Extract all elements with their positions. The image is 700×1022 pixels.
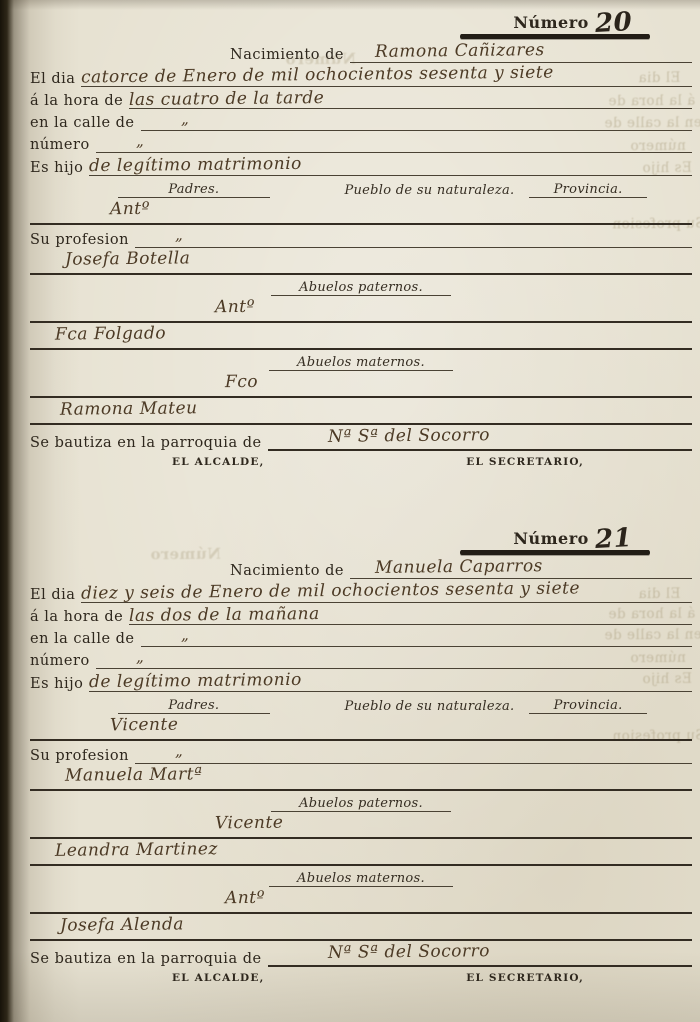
calle-blank: „ [141, 108, 692, 131]
hora-value: las dos de la mañana [129, 604, 320, 626]
parents-headers: Padres. Pueblo de su naturaleza. Provinc… [30, 692, 692, 714]
nacimiento-blank: Manuela Caparros [350, 554, 692, 579]
abuelo-materno-value: Antº [225, 888, 265, 908]
numero-casa-label: número [30, 653, 96, 669]
numero-row: Número 20 [30, 6, 692, 32]
alcalde-label: EL ALCALDE, [172, 456, 264, 468]
field-el-dia: El dia diez y seis de Enero de mil ochoc… [30, 579, 692, 603]
signatures-row: EL ALCALDE, EL SECRETARIO, [30, 451, 692, 480]
hora-value: las cuatro de la tarde [129, 88, 324, 110]
field-abuelo-paterno: Antº [30, 296, 692, 323]
abuela-paterna-value: Leandra Martinez [55, 839, 218, 861]
abuela-materna-value: Josefa Alenda [60, 914, 184, 935]
abuelos-maternos-header-row: Abuelos maternos. [30, 866, 692, 887]
field-profesion: Su profesion „ [30, 741, 692, 764]
padre-blank: Antº [30, 196, 692, 225]
el-dia-blank: catorce de Enero de mil ochocientos sese… [81, 62, 692, 87]
madre-value: Josefa Botella [65, 248, 190, 269]
field-madre: Josefa Botella [30, 248, 692, 275]
numero-casa-value: „ [136, 648, 144, 666]
madre-blank: Manuela Martª [30, 762, 692, 791]
padres-header-label: Padres. [168, 182, 219, 197]
birth-record-20: Número 20 Nacimiento de Ramona Cañizares… [30, 6, 692, 480]
field-padre: Antº [30, 198, 692, 225]
secretario-label: EL SECRETARIO, [466, 456, 584, 468]
field-abuela-paterna: Fca Folgado [30, 323, 692, 350]
abuelos-paternos-header-row: Abuelos paternos. [30, 791, 692, 812]
field-el-dia: El dia catorce de Enero de mil ochocient… [30, 63, 692, 87]
calle-blank: „ [141, 624, 692, 647]
abuela-paterna-blank: Fca Folgado [30, 321, 692, 350]
calle-value: „ [180, 110, 188, 128]
numero-casa-blank: „ [96, 130, 692, 153]
calle-label: en la calle de [30, 631, 141, 647]
calle-label: en la calle de [30, 115, 141, 131]
bautiza-label: Se bautiza en la parroquia de [30, 435, 268, 451]
field-profesion: Su profesion „ [30, 225, 692, 248]
alcalde-label: EL ALCALDE, [172, 972, 264, 984]
parroquia-value: Nª Sª del Socorro [327, 425, 489, 447]
field-es-hijo: Es hijo de legítimo matrimonio [30, 153, 692, 176]
bautiza-label: Se bautiza en la parroquia de [30, 951, 268, 967]
el-dia-value: diez y seis de Enero de mil ochocientos … [81, 578, 580, 603]
abuela-paterna-value: Fca Folgado [55, 323, 166, 344]
padre-value: Antº [110, 199, 150, 219]
numero-label: Número [513, 13, 594, 32]
es-hijo-blank: de legítimo matrimonio [89, 152, 692, 176]
birth-record-21: Número 21 Nacimiento de Manuela Caparros… [30, 522, 692, 996]
nacimiento-blank: Ramona Cañizares [350, 38, 692, 63]
numero-casa-label: número [30, 137, 96, 153]
field-abuela-materna: Josefa Alenda [30, 914, 692, 941]
field-nacimiento: Nacimiento de Manuela Caparros [30, 555, 692, 579]
provincia-header: Provincia. [529, 178, 647, 198]
field-es-hijo: Es hijo de legítimo matrimonio [30, 669, 692, 692]
hora-blank: las dos de la mañana [129, 602, 692, 625]
numero-label: Número [513, 529, 594, 548]
abuela-paterna-blank: Leandra Martinez [30, 837, 692, 866]
field-parroquia: Se bautiza en la parroquia de Nª Sª del … [30, 425, 692, 451]
abuelo-paterno-blank: Vicente [30, 810, 692, 839]
field-abuelo-materno: Fco [30, 371, 692, 398]
provincia-header-label: Provincia. [554, 182, 623, 197]
field-padre: Vicente [30, 714, 692, 741]
field-nacimiento: Nacimiento de Ramona Cañizares [30, 39, 692, 63]
profesion-blank: „ [135, 224, 692, 248]
abuelos-paternos-header-row: Abuelos paternos. [30, 275, 692, 296]
nacimiento-value: Manuela Caparros [375, 556, 543, 578]
abuelo-paterno-blank: Antº [30, 294, 692, 323]
calle-value: „ [180, 626, 188, 644]
field-abuelo-materno: Antº [30, 887, 692, 914]
padres-header: Padres. [118, 178, 270, 198]
abuelo-paterno-value: Vicente [215, 813, 284, 834]
es-hijo-label: Es hijo [30, 160, 89, 176]
provincia-header-label: Provincia. [554, 698, 623, 713]
abuela-materna-blank: Josefa Alenda [30, 912, 692, 941]
parroquia-value: Nª Sª del Socorro [327, 941, 489, 963]
nacimiento-label: Nacimiento de [230, 47, 350, 63]
signatures-row: EL ALCALDE, EL SECRETARIO, [30, 967, 692, 996]
numero-value: 20 [594, 7, 633, 39]
field-hora: á la hora de las dos de la mañana [30, 603, 692, 625]
profesion-blank: „ [135, 740, 692, 764]
provincia-header: Provincia. [529, 694, 647, 714]
es-hijo-value: de legítimo matrimonio [89, 154, 302, 176]
abuela-materna-value: Ramona Mateu [60, 398, 198, 419]
hora-label: á la hora de [30, 609, 129, 625]
es-hijo-value: de legítimo matrimonio [89, 670, 302, 692]
madre-blank: Josefa Botella [30, 246, 692, 275]
numero-casa-blank: „ [96, 646, 692, 669]
field-calle: en la calle de „ [30, 109, 692, 131]
abuelo-materno-blank: Antº [30, 885, 692, 914]
field-calle: en la calle de „ [30, 625, 692, 647]
el-dia-label: El dia [30, 71, 81, 87]
es-hijo-blank: de legítimo matrimonio [89, 668, 692, 692]
padre-blank: Vicente [30, 712, 692, 741]
field-parroquia: Se bautiza en la parroquia de Nª Sª del … [30, 941, 692, 967]
hora-blank: las cuatro de la tarde [129, 86, 692, 109]
field-abuela-paterna: Leandra Martinez [30, 839, 692, 866]
el-dia-label: El dia [30, 587, 81, 603]
secretario-label: EL SECRETARIO, [466, 972, 584, 984]
parroquia-blank: Nª Sª del Socorro [268, 423, 692, 451]
registry-page: Número El dia á la hora de en la calle d… [0, 0, 700, 1022]
field-hora: á la hora de las cuatro de la tarde [30, 87, 692, 109]
field-madre: Manuela Martª [30, 764, 692, 791]
abuelo-materno-blank: Fco [30, 369, 692, 398]
el-dia-blank: diez y seis de Enero de mil ochocientos … [81, 578, 692, 603]
profesion-value: „ [175, 742, 183, 760]
nacimiento-value: Ramona Cañizares [375, 40, 545, 62]
parents-headers: Padres. Pueblo de su naturaleza. Provinc… [30, 176, 692, 198]
profesion-value: „ [175, 226, 183, 244]
numero-value: 21 [594, 523, 633, 555]
field-numero-casa: número „ [30, 647, 692, 669]
abuelo-paterno-value: Antº [215, 297, 255, 317]
parroquia-blank: Nª Sª del Socorro [268, 939, 692, 967]
field-abuelo-paterno: Vicente [30, 812, 692, 839]
hora-label: á la hora de [30, 93, 129, 109]
field-numero-casa: número „ [30, 131, 692, 153]
abuelo-materno-value: Fco [225, 372, 258, 392]
abuela-materna-blank: Ramona Mateu [30, 396, 692, 425]
padre-value: Vicente [110, 715, 179, 736]
madre-value: Manuela Martª [65, 764, 203, 785]
numero-casa-value: „ [136, 132, 144, 150]
el-dia-value: catorce de Enero de mil ochocientos sese… [81, 63, 554, 88]
numero-row: Número 21 [30, 522, 692, 548]
field-abuela-materna: Ramona Mateu [30, 398, 692, 425]
es-hijo-label: Es hijo [30, 676, 89, 692]
padres-header-label: Padres. [168, 698, 219, 713]
nacimiento-label: Nacimiento de [230, 563, 350, 579]
abuelos-maternos-header-row: Abuelos maternos. [30, 350, 692, 371]
padres-header: Padres. [118, 694, 270, 714]
